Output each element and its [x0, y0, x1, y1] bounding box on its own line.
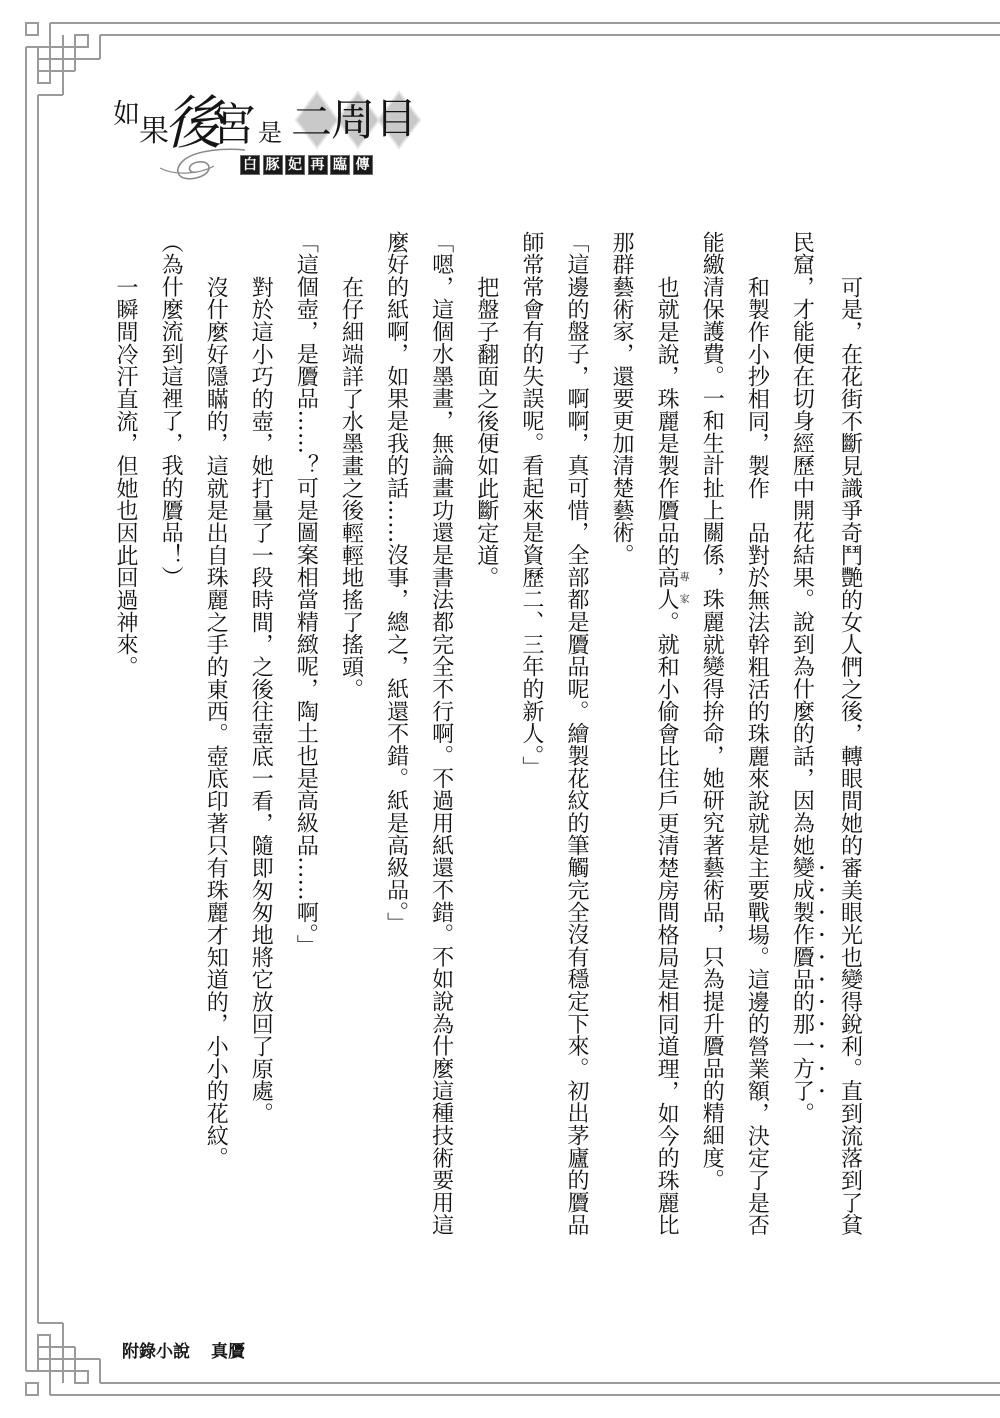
- emphasized-text: 變成製作贗品的那一方了: [789, 856, 814, 1102]
- title-char: 如: [113, 101, 140, 128]
- subtitle-char: 再: [308, 155, 328, 175]
- ruby-base: 高人: [654, 566, 679, 611]
- text-column: 沒什麼好隱瞞的，這就是出自珠麗之手的東西。壺底印著只有珠麗才知道的，小小的花紋。: [193, 231, 238, 1243]
- book-title-logo: 如 果 後 宮 是 二 周 目 白 豚 妃 再 臨 傳: [0, 0, 1000, 220]
- text-column: 也就是說，珠麗是製作贗品的高人專家。就和小偷會比住戶更清楚房間格局是相同道理，如…: [644, 231, 689, 1243]
- text-column: 可是，在花街不斷見識爭奇鬥艷的女人們之後，轉眼間她的審美眼光也變得銳利。直到流落…: [827, 231, 872, 1243]
- text-column: 對於這小巧的壺，她打量了一段時間，之後往壺底一看，隨即匆匆地將它放回了原處。: [238, 231, 283, 1243]
- text-column: 「這邊的盤子，啊啊，真可惜，全部都是贗品呢。繪製花紋的筆觸完全沒有穩定下來。初出…: [554, 231, 599, 1243]
- logo-decoration: [0, 0, 1000, 220]
- text-segment: 。就和小偷會比住戶更清楚房間格局是相同道理，如今的珠麗比: [654, 611, 679, 1236]
- text-column: 民窟，才能便在切身經歷中開花結果。說到為什麼的話，因為她變成製作贗品的那一方了。: [779, 231, 827, 1243]
- footer-section-label: 附錄小說: [122, 1342, 190, 1362]
- text-column: 和製作小抄相同，製作 品對於無法幹粗活的珠麗來說就是主要戰場。這邊的營業額，決定…: [734, 231, 779, 1243]
- text-column: （為什麼流到這裡了，我的贗品！）: [148, 231, 193, 1243]
- subtitle-char: 白: [240, 155, 260, 175]
- title-char: 周: [331, 99, 375, 143]
- text-segment: 。: [789, 1102, 814, 1124]
- title-char: 目: [375, 98, 417, 140]
- text-column: 把盤子翻面之後便如此斷定道。: [464, 231, 509, 1243]
- footer-chapter-title: 真贗: [211, 1342, 245, 1362]
- text-column: 「這個壺，是贗品……？可是圖案相當精緻呢，陶土也是高級品……啊。」: [283, 231, 328, 1243]
- text-column: 能繳清保護費。一和生計扯上關係，珠麗就變得拚命，她研究著藝術品，只為提升贗品的精…: [689, 231, 734, 1243]
- text-segment: 也就是說，珠麗是製作贗品的: [654, 276, 679, 566]
- ruby-text: 專家: [677, 566, 688, 611]
- text-segment: 民窟，才能便在切身經歷中開花結果。說到為什麼的話，因為她: [789, 231, 814, 856]
- subtitle-boxes: 白 豚 妃 再 臨 傳: [240, 155, 373, 175]
- text-column: 在仔細端詳了水墨畫之後輕輕地搖了搖頭。: [328, 231, 373, 1243]
- subtitle-char: 臨: [330, 155, 350, 175]
- text-column: 師常常會有的失誤呢。看起來是資歷二、三年的新人。」: [509, 231, 554, 1243]
- ruby-annotation: 高人專家: [654, 566, 679, 611]
- subtitle-char: 豚: [263, 155, 283, 175]
- text-column: 一瞬間冷汗直流，但她也因此回過神來。: [103, 231, 148, 1243]
- text-column: 「嗯，這個水墨畫，無論畫功還是書法都完全不行啊。不過用紙還不錯。不如說為什麼這種…: [419, 231, 464, 1243]
- subtitle-char: 妃: [285, 155, 305, 175]
- running-footer: 附錄小說真贗: [122, 1344, 245, 1361]
- text-column: 那群藝術家，還要更加清楚藝術。: [599, 231, 644, 1243]
- title-char: 宮: [211, 102, 256, 147]
- title-char: 二: [291, 102, 332, 143]
- body-text: 可是，在花街不斷見識爭奇鬥艷的女人們之後，轉眼間她的審美眼光也變得銳利。直到流落…: [103, 231, 873, 1243]
- text-column: 麼好的紙啊，如果是我的話……沒事，總之，紙還不錯。紙是高級品。」: [373, 231, 418, 1243]
- subtitle-char: 傳: [353, 155, 373, 175]
- title-char: 是: [258, 121, 282, 145]
